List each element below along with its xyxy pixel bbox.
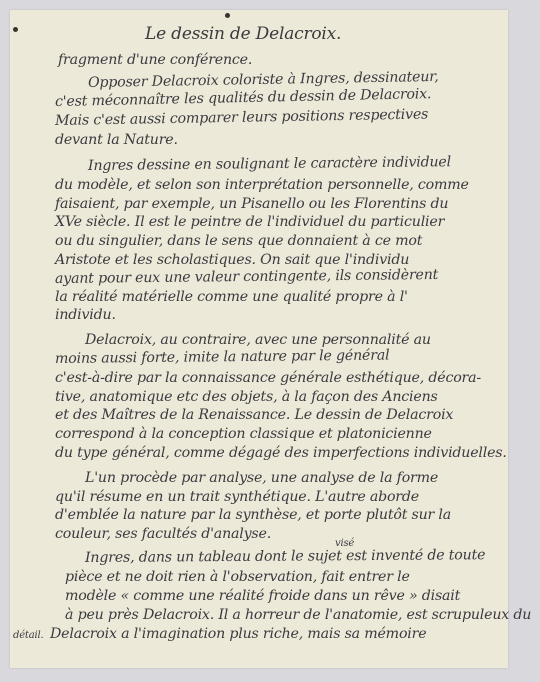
text-line: couleur, ses facultés d'analyse.	[55, 526, 271, 542]
text-line: individu.	[55, 307, 116, 323]
page-title: Le dessin de Delacroix.	[145, 24, 341, 44]
text-line: moins aussi forte, imite la nature par l…	[55, 347, 390, 367]
text-line: XVe siècle. Il est le peintre de l'indiv…	[55, 214, 444, 230]
margin-note: détail.	[13, 630, 43, 641]
text-line: à peu près Delacroix. Il a horreur de l'…	[65, 607, 531, 623]
text-line: ayant pour eux une valeur contingente, i…	[55, 267, 438, 287]
text-line: pièce et ne doit rien à l'observation, f…	[65, 569, 410, 585]
text-line: qu'il résume en un trait synthétique. L'…	[55, 489, 419, 505]
manuscript-page: Le dessin de Delacroix. fragment d'une c…	[10, 10, 508, 668]
text-line: c'est-à-dire par la connaissance général…	[55, 370, 481, 386]
text-line: devant la Nature.	[55, 132, 178, 148]
text-line: du modèle, et selon son interprétation p…	[55, 177, 469, 193]
text-line: Ingres dessine en soulignant le caractèr…	[88, 154, 451, 174]
text-line: et des Maîtres de la Renaissance. Le des…	[55, 407, 453, 423]
text-line: la réalité matérielle comme une qualité …	[55, 289, 408, 305]
punch-hole	[13, 27, 18, 32]
text-line: tive, anatomique etc des objets, à la fa…	[55, 389, 438, 405]
text-line: ou du singulier, dans le sens que donnai…	[55, 233, 422, 249]
text-line: Delacroix a l'imagination plus riche, ma…	[50, 626, 426, 642]
text-line: du type général, comme dégagé des imperf…	[55, 445, 507, 461]
text-line: L'un procède par analyse, une analyse de…	[85, 470, 438, 486]
text-line: Mais c'est aussi comparer leurs position…	[55, 106, 428, 129]
text-line: d'emblée la nature par la synthèse, et p…	[55, 507, 451, 523]
text-line: Aristote et les scholastiques. On sait q…	[55, 252, 409, 268]
text-line: modèle « comme une réalité froide dans u…	[65, 588, 460, 604]
text-line: Ingres, dans un tableau dont le sujet es…	[85, 547, 485, 566]
punch-hole	[225, 13, 230, 18]
text-line: faisaient, par exemple, un Pisanello ou …	[55, 196, 448, 212]
subtitle: fragment d'une conférence.	[58, 52, 252, 68]
text-line: Delacroix, au contraire, avec une person…	[85, 332, 431, 348]
text-line: correspond à la conception classique et …	[55, 426, 432, 442]
